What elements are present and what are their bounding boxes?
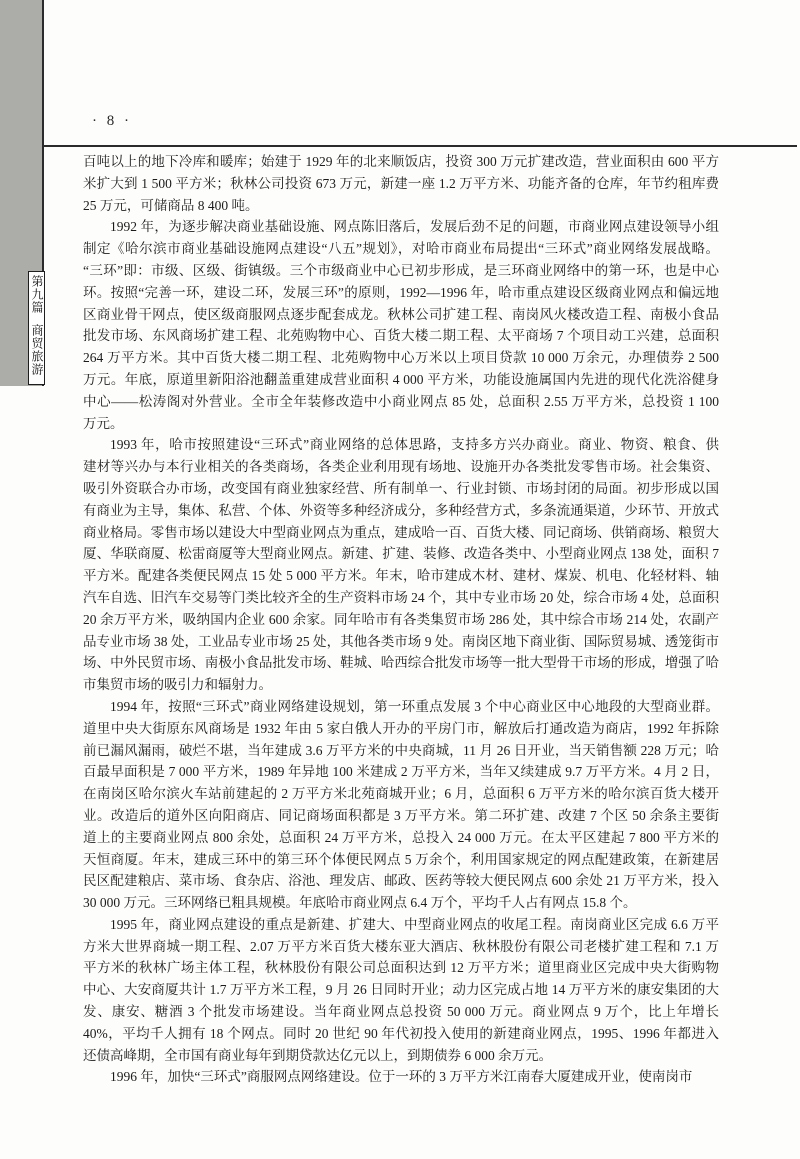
text-line: 有商业为主导，集体、私营、个体、外资等多种经济成分，多种经营方式，多条流通渠道，… (83, 500, 719, 522)
text-line: 环。按照“完善一环，建设二环，发展三环”的原则，1992—1996 年，哈市重点… (83, 282, 719, 304)
text-line: 平方米的秋林广场主体工程，秋林股份有限公司总面积达到 12 万平方米；道里商业区… (83, 957, 719, 979)
text-line: 1996 年，加快“三环式”商服网点网络建设。位于一环的 3 万平方米江南春大厦… (83, 1066, 719, 1088)
text-line: 264 万平方米。其中百货大楼二期工程、北苑购物中心万米以上项目贷款 10 00… (83, 347, 719, 369)
chapter-tab: 第九篇 商贸旅游 (28, 271, 45, 385)
text-line: “三环”即：市级、区级、街镇级。三个市级商业中心已初步形成，是三环商业网络中的第… (83, 260, 719, 282)
text-line: 1992 年，为逐步解决商业基础设施、网点陈旧落后，发展后劲不足的问题，市商业网… (83, 216, 719, 238)
text-line: 在南岗区哈尔滨火车站前建起的 2 万平方米北苑商城开业；6 月，总面积 6 万平… (83, 783, 719, 805)
text-line: 30 000 万元。三环网络已粗具规模。年底哈市商业网点 6.4 万个，平均千人… (83, 892, 719, 914)
text-line: 万元。 (83, 413, 719, 435)
text-line: 1994 年，按照“三环式”商业网络建设规划，第一环重点发展 3 个中心商业区中… (83, 696, 719, 718)
text-line: 百最早面积是 7 000 平方米，1989 年异地 100 米建成 2 万平方米… (83, 761, 719, 783)
text-line: 道里中央大街原东风商场是 1932 年由 5 家白俄人开办的平房门市，解放后打通… (83, 718, 719, 740)
text-line: 1995 年，商业网点建设的重点是新建、扩建大、中型商业网点的收尾工程。南岗商业… (83, 914, 719, 936)
text-line: 汽车自选、旧汽车交易等门类比较齐全的生产资料市场 24 个，其中专业市场 20 … (83, 587, 719, 609)
text-body: 百吨以上的地下冷库和暖库；始建于 1929 年的北来顺饭店，投资 300 万元扩… (83, 151, 719, 1088)
text-line: 市集贸市场的吸引力和辐射力。 (83, 674, 719, 696)
text-line: 道上的主要商业网点 800 余处，总面积 24 万平方米，总投入 24 000 … (83, 827, 719, 849)
text-line: 厦、华联商厦、松雷商厦等大型商业网点。新建、扩建、装修、改造各类中、小型商业网点… (83, 543, 719, 565)
text-line: 发、康安、糖酒 3 个批发市场建设。当年商业网点总投资 50 000 万元。商业… (83, 1001, 719, 1023)
text-line: 25 万元，可储商品 8 400 吨。 (83, 195, 719, 217)
page-number: · 8 · (92, 113, 132, 130)
text-line: 还债高峰期，全市国有商业每年到期贷款达亿元以上，到期债券 6 000 余万元。 (83, 1045, 719, 1067)
text-line: 万元。年底，原道里新阳浴池翻盖重建成营业面积 4 000 平方米，功能设施属国内… (83, 369, 719, 391)
text-line: 吸引外资联合办市场，改变国有商业独家经营、所有制单一、行业封锁、市场封闭的局面。… (83, 478, 719, 500)
text-line: 平方米。配建各类便民网点 15 处 5 000 平方米。年末，哈市建成木材、建材… (83, 565, 719, 587)
text-line: 批发市场、东风商场扩建工程、北苑购物中心、百货大楼二期工程、太平商场 7 个项目… (83, 325, 719, 347)
text-line: 区商业骨干网点，使区级商服网点逐步配套成龙。秋林公司扩建工程、南岗风火楼改造工程… (83, 304, 719, 326)
text-line: 建材等兴办与本行业相关的各类商场，各类企业利用现有场地、设施开办各类批发零售市场… (83, 456, 719, 478)
header-rule (42, 145, 797, 147)
text-line: 1993 年，哈市按照建设“三环式”商业网络的总体思路，支持多方兴办商业。商业、… (83, 434, 719, 456)
text-line: 40%，平均千人拥有 18 个网点。同时 20 世纪 90 年代初投入使用的新建… (83, 1023, 719, 1045)
chapter-tab-number: 第九篇 (30, 275, 43, 314)
text-line: 场、中外民贸市场、南极小食品批发市场、鞋城、哈西综合批发市场等一批大型骨干市场的… (83, 652, 719, 674)
text-line: 制定《哈尔滨市商业基础设施网点建设“八五”规划》，对哈市商业布局提出“三环式”商… (83, 238, 719, 260)
text-line: 商业格局。零售市场以建设大中型商业网点为重点，建成哈一百、百货大楼、同记商场、供… (83, 522, 719, 544)
text-line: 百吨以上的地下冷库和暖库；始建于 1929 年的北来顺饭店，投资 300 万元扩… (83, 151, 719, 173)
text-line: 民区配建粮店、菜市场、食杂店、浴池、理发店、邮政、医药等较大便民网点 600 余… (83, 870, 719, 892)
text-line: 方米大世界商城一期工程、2.07 万平方米百货大楼东亚大酒店、秋林股份有限公司老… (83, 936, 719, 958)
chapter-tab-title: 商贸旅游 (30, 324, 43, 376)
text-line: 天恒商厦。年末，建成三环中的第三环个体便民网点 5 万余个，利用国家规定的网点配… (83, 849, 719, 871)
text-line: 前已漏风漏雨，破烂不堪，当年建成 3.6 万平方米的中央商城，11 月 26 日… (83, 740, 719, 762)
text-line: 米扩大到 1 500 平方米；秋林公司投资 673 万元，新建一座 1.2 万平… (83, 173, 719, 195)
text-line: 20 余万平方米，吸纳国内企业 600 余家。同年哈市有各类集贸市场 286 处… (83, 609, 719, 631)
text-line: 品专业市场 38 处，工业品专业市场 25 处，其他各类市场 9 处。南岗区地下… (83, 631, 719, 653)
text-line: 业。改造后的道外区向阳商店、同记商场面积都是 3 万平方米。第二环扩建、改建 7… (83, 805, 719, 827)
text-line: 中心、大安商厦共计 1.7 万平方米工程，9 月 26 日同时开业；动力区完成占… (83, 979, 719, 1001)
text-line: 中心——松涛阁对外营业。全市全年装修改造中小商业网点 85 处，总面积 2.55… (83, 391, 719, 413)
